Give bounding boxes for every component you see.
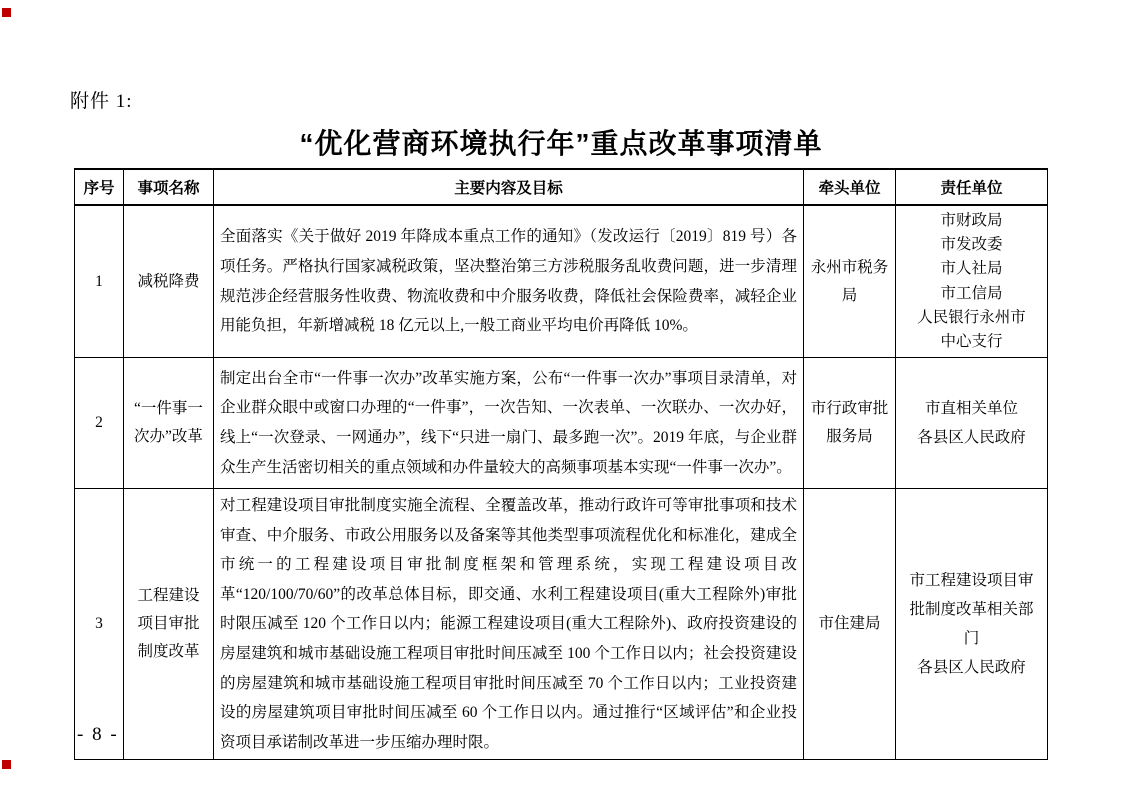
header-lead-unit: 牵头单位: [804, 169, 896, 205]
table-header-row: 序号 事项名称 主要内容及目标 牵头单位 责任单位: [75, 169, 1048, 205]
red-corner-mark-top: [2, 8, 11, 17]
responsible-unit-line: 人民银行永州市中心支行: [910, 306, 1033, 354]
responsible-units: 市工程建设项目审批制度改革相关部门 各县区人民政府: [896, 489, 1048, 760]
header-main-content: 主要内容及目标: [214, 169, 804, 205]
item-content: 制定出台全市“一件事一次办”改革实施方案，公布“一件事一次办”事项目录清单，对企…: [214, 358, 804, 489]
responsible-unit-line: 市工程建设项目审批制度改革相关部门: [902, 566, 1041, 653]
item-content: 全面落实《关于做好 2019 年降成本重点工作的通知》（发改运行〔2019〕81…: [214, 205, 804, 358]
responsible-unit-line: 市发改委: [910, 233, 1033, 257]
row-index: 3: [75, 489, 124, 760]
table-row: 2 “一件事一次办”改革 制定出台全市“一件事一次办”改革实施方案，公布“一件事…: [75, 358, 1048, 489]
lead-unit: 市行政审批服务局: [804, 358, 896, 489]
responsible-unit-line: 各县区人民政府: [902, 423, 1041, 452]
item-name: 减税降费: [124, 205, 214, 358]
row-index: 1: [75, 205, 124, 358]
item-name: “一件事一次办”改革: [124, 358, 214, 489]
responsible-unit-line: 市人社局: [910, 257, 1033, 281]
table-row: 1 减税降费 全面落实《关于做好 2019 年降成本重点工作的通知》（发改运行〔…: [75, 205, 1048, 358]
page-number: - 8 -: [77, 724, 119, 746]
responsible-unit-line: 市工信局: [910, 282, 1033, 306]
red-corner-mark-bottom: [2, 760, 11, 769]
responsible-units: 市财政局 市发改委 市人社局 市工信局 人民银行永州市中心支行: [896, 205, 1048, 358]
table-row: 3 工程建设项目审批制度改革 对工程建设项目审批制度实施全流程、全覆盖改革，推动…: [75, 489, 1048, 760]
lead-unit: 市住建局: [804, 489, 896, 760]
header-index: 序号: [75, 169, 124, 205]
attachment-label: 附件 1:: [70, 86, 133, 113]
responsible-unit-line: 市直相关单位: [902, 394, 1041, 423]
responsible-units: 市直相关单位 各县区人民政府: [896, 358, 1048, 489]
item-content: 对工程建设项目审批制度实施全流程、全覆盖改革，推动行政许可等审批事项和技术审查、…: [214, 489, 804, 760]
row-index: 2: [75, 358, 124, 489]
responsible-unit-line: 市财政局: [910, 209, 1033, 233]
responsible-unit-line: 各县区人民政府: [902, 653, 1041, 682]
page-title: “优化营商环境执行年”重点改革事项清单: [0, 122, 1122, 162]
reform-items-table: 序号 事项名称 主要内容及目标 牵头单位 责任单位 1 减税降费 全面落实《关于…: [74, 168, 1048, 760]
header-responsible-unit: 责任单位: [896, 169, 1048, 205]
document-page: 附件 1: “优化营商环境执行年”重点改革事项清单 序号 事项名称 主要内容及目…: [0, 0, 1122, 793]
item-name: 工程建设项目审批制度改革: [124, 489, 214, 760]
lead-unit: 永州市税务局: [804, 205, 896, 358]
header-item-name: 事项名称: [124, 169, 214, 205]
